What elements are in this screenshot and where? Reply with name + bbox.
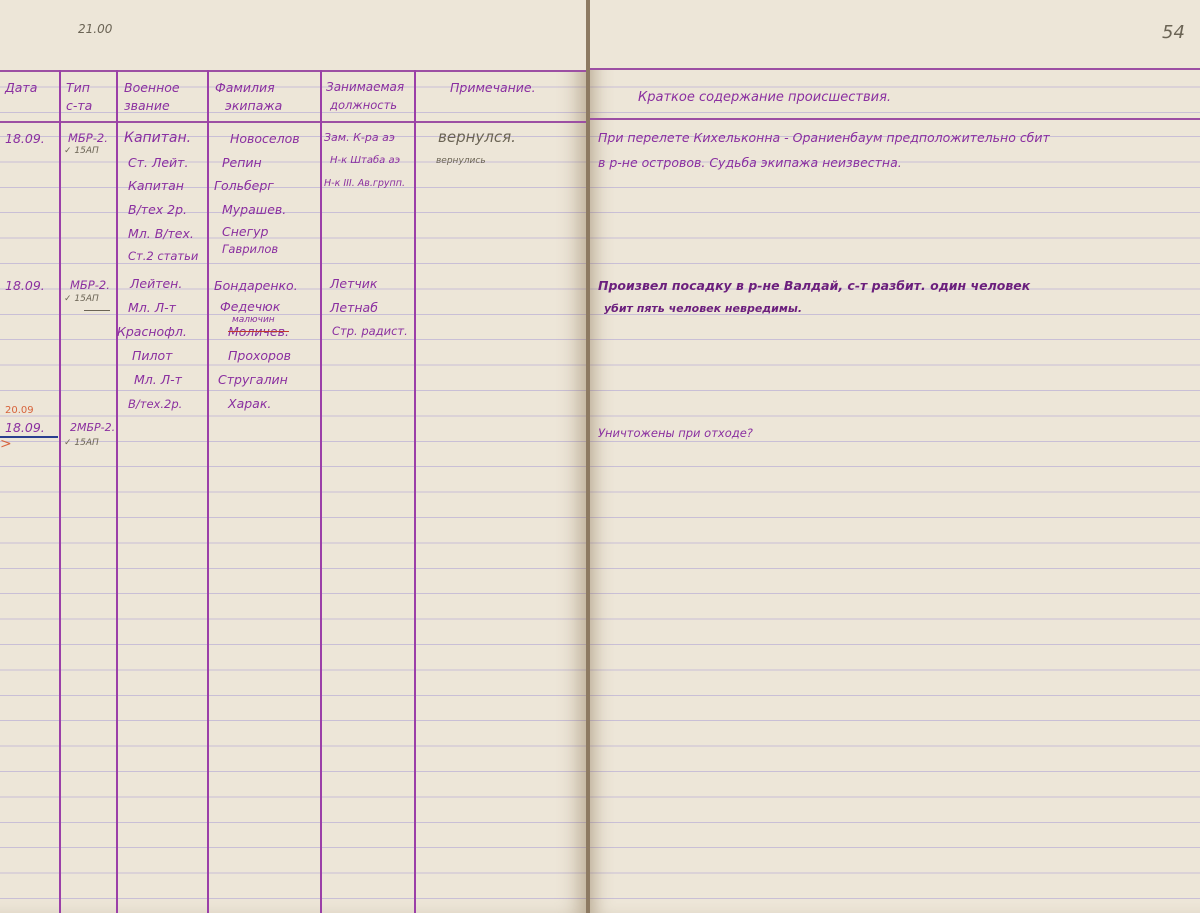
header-date: Дата [5, 80, 37, 95]
crew-rank: Краснофл. [117, 324, 187, 339]
crew-rank: Ст. Лейт. [128, 155, 188, 170]
header-crew-2: экипажа [225, 98, 282, 113]
top-margin [590, 0, 1200, 70]
header-rank-2: звание [124, 98, 170, 113]
crew-position: Летнаб [330, 300, 378, 315]
summary-header: Краткое содержание происшествия. [638, 90, 891, 105]
crew-position: Летчик [330, 276, 377, 291]
crew-name: Прохоров [228, 348, 291, 363]
crew-position: Н-к Штаба аэ [330, 155, 400, 166]
entry-type: МБР-2. [68, 131, 108, 145]
entry-type-sub-text: 15АП [74, 146, 98, 156]
entry-type-sub-text: 15АП [74, 294, 98, 304]
crew-rank: Лейтен. [130, 276, 182, 291]
header-note: Примечание. [450, 80, 536, 95]
entry-date: 18.09. [5, 420, 45, 435]
header-type-2: с-та [66, 98, 92, 113]
crew-rank: Ст.2 статьи [128, 249, 198, 263]
crew-position: Н-к III. Ав.групп. [324, 178, 405, 189]
crew-rank: Мл. Л-т [128, 300, 176, 315]
crew-rank: Мл. В/тех. [128, 226, 194, 241]
entry-date: 18.09. [5, 131, 45, 146]
entry-type: МБР-2. [70, 278, 110, 292]
crew-name: Мурашев. [222, 202, 286, 217]
summary-line: в р-не островов. Судьба экипажа неизвест… [598, 155, 902, 170]
crew-name: Харак. [228, 396, 271, 411]
crew-rank: Капитан [128, 178, 184, 193]
crew-rank: Пилот [132, 348, 172, 363]
entry-type-sub: ✓ 15АП [64, 146, 99, 156]
crew-rank: В/тех.2р. [128, 397, 182, 411]
crew-position: Зам. К-ра аэ [324, 131, 395, 144]
crew-rank: Капитан. [124, 130, 191, 146]
header-crew: Фамилия [215, 80, 275, 95]
summary-line: Уничтожены при отходе? [598, 426, 753, 440]
crew-name: Стругалин [218, 372, 288, 387]
crew-name: Гаврилов [222, 242, 278, 256]
crew-name: Федечюк [220, 299, 280, 314]
column-divider [320, 70, 322, 913]
entry-note-2: вернулись [436, 156, 486, 166]
crew-position: Стр. радист. [332, 324, 408, 338]
page-number: 54 [1162, 22, 1185, 43]
header-rank: Военное [124, 80, 180, 95]
crew-name-struck: Моличев. [228, 324, 289, 339]
summary-line: При перелете Кихельконна - Ораниенбаум п… [598, 130, 1050, 145]
right-page: 54 Краткое содержание происшествия. При … [590, 0, 1200, 913]
entry-date: 18.09. [5, 278, 45, 293]
date-correction: 20.09 [5, 405, 34, 416]
crew-name: Гольберг [214, 178, 274, 193]
header-position: Занимаемая [326, 80, 404, 94]
header-top-rule [0, 70, 588, 72]
entry-note: вернулся. [438, 128, 516, 146]
summary-line: Произвел посадку в р-не Валдай, с-т разб… [598, 278, 1030, 293]
entry-type-sub: ✓ 15АП [64, 438, 99, 448]
crew-name: Снегур [222, 224, 269, 239]
entry-type: 2МБР-2. [70, 421, 115, 434]
crew-name: Новоселов [230, 131, 300, 146]
left-page: 21.00 Дата Тип с-та Военное звание Фамил… [0, 0, 588, 913]
column-divider [116, 70, 118, 913]
summary-line: убит пять человек невредимы. [604, 302, 802, 315]
header-type: Тип [66, 80, 90, 95]
header-top-rule [590, 68, 1200, 70]
arrow-marker-icon: > [0, 436, 12, 452]
crew-rank: Мл. Л-т [134, 372, 182, 387]
header-bottom-rule [0, 121, 588, 123]
column-divider [414, 70, 416, 913]
header-position-2: должность [330, 98, 397, 112]
crew-name: Репин [222, 155, 262, 170]
type-underline [84, 310, 110, 311]
column-divider [207, 70, 209, 913]
crew-rank: В/тех 2р. [128, 202, 187, 217]
entry-type-sub-text: 15АП [74, 438, 98, 448]
crew-name: Бондаренко. [214, 278, 298, 293]
top-note: 21.00 [78, 22, 112, 36]
entry-type-sub: ✓ 15АП [64, 294, 99, 304]
column-divider [59, 70, 61, 913]
header-bottom-rule [590, 118, 1200, 120]
